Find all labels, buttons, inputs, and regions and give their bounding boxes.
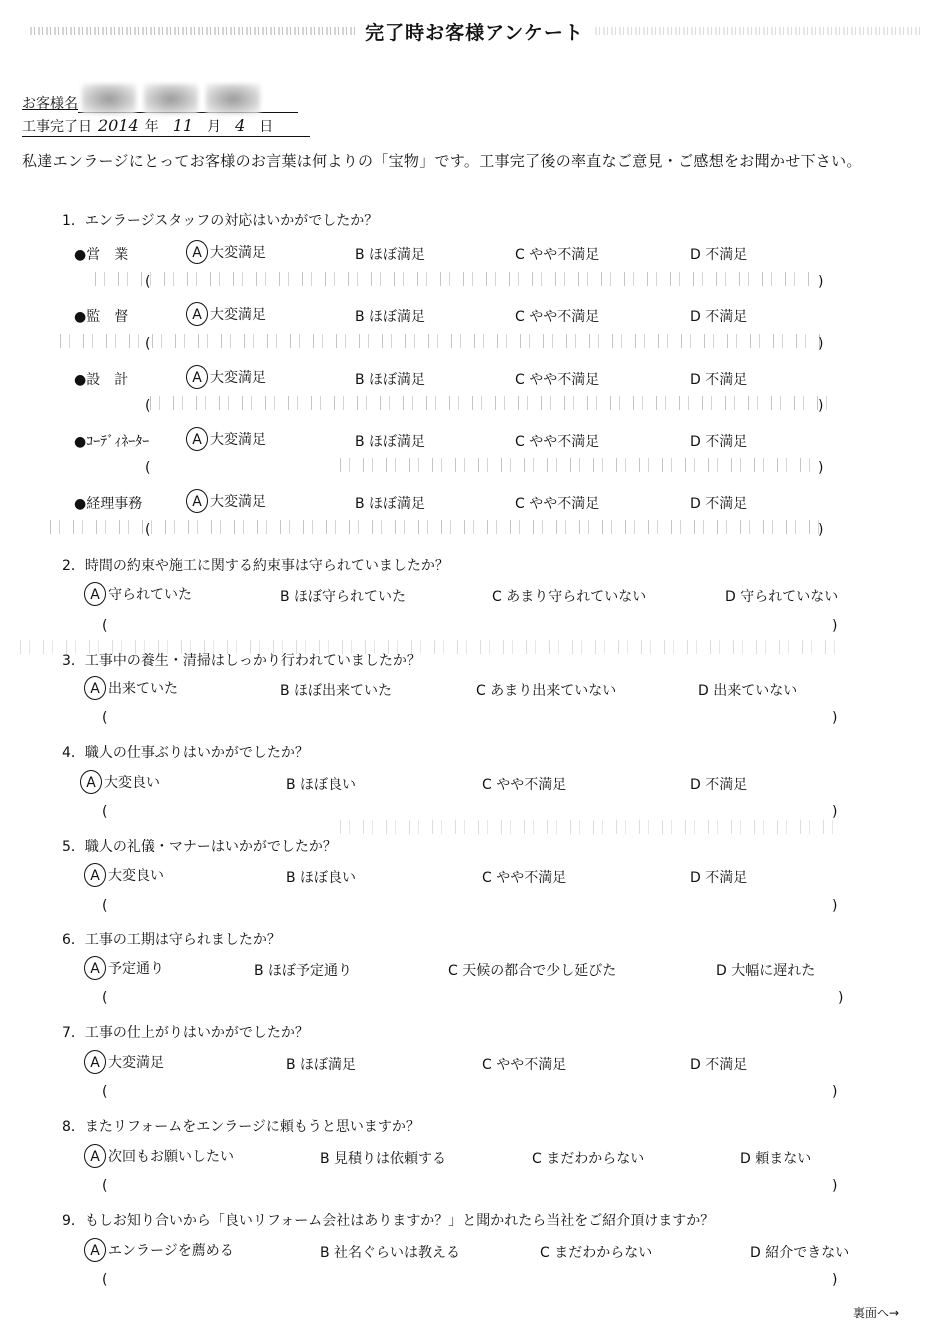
question-4: 4．職人の仕事ぶりはいかがでしたか？ — [62, 742, 309, 762]
option-a[interactable]: A大変満足 — [186, 427, 266, 451]
role-label: ●設 計 — [74, 369, 128, 389]
comment-close-paren: ) — [832, 1084, 837, 1100]
option-d[interactable]: D 不満足 — [690, 244, 747, 264]
completion-date-field: 工事完了日2014年11月4日 — [22, 116, 310, 137]
question-8: 8．またリフォームをエンラージに頼もうと思いますか？ — [62, 1116, 420, 1136]
q4-option-b[interactable]: B ほぼ良い — [286, 774, 356, 794]
q2-option-a[interactable]: A守られていた — [84, 582, 192, 606]
year-unit: 年 — [145, 119, 159, 135]
q7-option-d[interactable]: D 不満足 — [690, 1054, 747, 1074]
selected-circle: A — [84, 956, 106, 980]
selected-circle: A — [186, 302, 208, 326]
question-2: 2．時間の約束や施工に関する約束事は守られていましたか？ — [62, 555, 449, 575]
q8-option-c[interactable]: C まだわからない — [532, 1148, 644, 1168]
option-b[interactable]: B ほぼ満足 — [355, 369, 425, 389]
q5-option-a[interactable]: A大変良い — [84, 863, 164, 887]
q6-option-a[interactable]: A予定通り — [84, 956, 164, 980]
comment-close-paren: ) — [818, 398, 823, 414]
option-c[interactable]: C やや不満足 — [515, 431, 599, 451]
day-unit: 日 — [259, 119, 273, 135]
q4-option-a[interactable]: A大変良い — [80, 770, 160, 794]
comment-close-paren: ) — [832, 804, 837, 820]
customer-name-label: お客様名 — [22, 96, 78, 112]
comment-open-paren: ( — [145, 522, 150, 538]
completion-day: 4 — [221, 116, 259, 135]
selected-circle: A — [186, 240, 208, 264]
option-d[interactable]: D 不満足 — [690, 431, 747, 451]
option-c[interactable]: C やや不満足 — [515, 306, 599, 326]
selected-circle: A — [84, 1050, 106, 1074]
comment-close-paren: ) — [838, 990, 843, 1006]
comment-open-paren: ( — [102, 990, 107, 1006]
q9-option-c[interactable]: C まだわからない — [540, 1242, 652, 1262]
redacted-header-text — [595, 27, 920, 35]
option-c[interactable]: C やや不満足 — [515, 493, 599, 513]
q8-option-d[interactable]: D 頼まない — [740, 1148, 811, 1168]
intro-text: 私達エンラージにとってお客様のお言葉は何よりの「宝物」です。工事完了後の率直なご… — [22, 150, 862, 171]
q5-option-d[interactable]: D 不満足 — [690, 867, 747, 887]
comment-close-paren: ) — [818, 522, 823, 538]
option-d[interactable]: D 不満足 — [690, 306, 747, 326]
selected-circle: A — [186, 365, 208, 389]
option-a[interactable]: A大変満足 — [186, 302, 266, 326]
selected-circle: A — [84, 863, 106, 887]
q5-option-b[interactable]: B ほぼ良い — [286, 867, 356, 887]
month-unit: 月 — [207, 119, 221, 135]
role-label: ●営 業 — [74, 244, 128, 264]
q7-option-c[interactable]: C やや不満足 — [482, 1054, 566, 1074]
comment-close-paren: ) — [818, 460, 823, 476]
question-6: 6．工事の工期は守られましたか？ — [62, 929, 281, 949]
comment-open-paren: ( — [145, 460, 150, 476]
q7-option-b[interactable]: B ほぼ満足 — [286, 1054, 356, 1074]
selected-circle: A — [84, 1238, 106, 1262]
selected-circle: A — [186, 489, 208, 513]
redacted-name — [82, 84, 136, 114]
option-b[interactable]: B ほぼ満足 — [355, 244, 425, 264]
redacted-comment — [340, 458, 820, 472]
comment-open-paren: ( — [102, 618, 107, 634]
completion-date-label: 工事完了日 — [22, 119, 92, 135]
comment-open-paren: ( — [102, 898, 107, 914]
role-label: ●経理事務 — [74, 493, 142, 513]
comment-open-paren: ( — [102, 710, 107, 726]
comment-open-paren: ( — [145, 274, 150, 290]
option-a[interactable]: A大変満足 — [186, 489, 266, 513]
q3-option-d[interactable]: D 出来ていない — [698, 680, 797, 700]
q5-option-c[interactable]: C やや不満足 — [482, 867, 566, 887]
role-label: ●ｺｰﾃﾞｨﾈｰﾀｰ — [74, 431, 149, 451]
comment-open-paren: ( — [102, 1084, 107, 1100]
comment-close-paren: ) — [832, 710, 837, 726]
q6-option-d[interactable]: D 大幅に遅れた — [716, 960, 815, 980]
redacted-name — [144, 84, 198, 114]
comment-close-paren: ) — [832, 618, 837, 634]
q3-option-a[interactable]: A出来ていた — [84, 676, 178, 700]
option-c[interactable]: C やや不満足 — [515, 244, 599, 264]
next-page-link[interactable]: 裏面へ→ — [853, 1304, 899, 1321]
q3-option-c[interactable]: C あまり出来ていない — [476, 680, 616, 700]
selected-circle: A — [80, 770, 102, 794]
q8-option-b[interactable]: B 見積りは依頼する — [320, 1148, 446, 1168]
selected-circle: A — [186, 427, 208, 451]
q2-option-b[interactable]: B ほぼ守られていた — [280, 586, 406, 606]
option-b[interactable]: B ほぼ満足 — [355, 493, 425, 513]
selected-circle: A — [84, 582, 106, 606]
comment-close-paren: ) — [832, 1178, 837, 1194]
comment-open-paren: ( — [102, 1178, 107, 1194]
role-label: ●監 督 — [74, 306, 128, 326]
q6-option-b[interactable]: B ほぼ予定通り — [254, 960, 352, 980]
q9-option-a[interactable]: Aエンラージを薦める — [84, 1238, 234, 1262]
q6-option-c[interactable]: C 天候の都合で少し延びた — [448, 960, 616, 980]
selected-circle: A — [84, 676, 106, 700]
completion-month: 11 — [159, 116, 207, 135]
redacted-comment — [50, 520, 820, 534]
comment-open-paren: ( — [102, 1272, 107, 1288]
question-7: 7．工事の仕上がりはいかがでしたか？ — [62, 1022, 309, 1042]
q2-option-d[interactable]: D 守られていない — [725, 586, 838, 606]
q2-option-c[interactable]: C あまり守られていない — [492, 586, 646, 606]
question-1: 1．エンラージスタッフの対応はいかがでしたか？ — [62, 210, 378, 230]
option-c[interactable]: C やや不満足 — [515, 369, 599, 389]
redacted-comment — [150, 396, 830, 410]
q9-option-d[interactable]: D 紹介できない — [750, 1242, 849, 1262]
q4-option-c[interactable]: C やや不満足 — [482, 774, 566, 794]
comment-close-paren: ) — [832, 1272, 837, 1288]
q8-option-a[interactable]: A次回もお願いしたい — [84, 1144, 234, 1168]
comment-close-paren: ) — [818, 274, 823, 290]
option-b[interactable]: B ほぼ満足 — [355, 431, 425, 451]
question-9: 9．もしお知り合いから「良いリフォーム会社はありますか？」と聞かれたら当社をご紹… — [62, 1210, 714, 1230]
comment-close-paren: ) — [832, 898, 837, 914]
q3-option-b[interactable]: B ほぼ出来ていた — [280, 680, 392, 700]
q7-option-a[interactable]: A大変満足 — [84, 1050, 164, 1074]
comment-close-paren: ) — [818, 336, 823, 352]
redacted-comment — [60, 334, 820, 348]
comment-open-paren: ( — [145, 398, 150, 414]
option-d[interactable]: D 不満足 — [690, 369, 747, 389]
option-b[interactable]: B ほぼ満足 — [355, 306, 425, 326]
redacted-comment — [340, 820, 840, 834]
option-a[interactable]: A大変満足 — [186, 240, 266, 264]
option-d[interactable]: D 不満足 — [690, 493, 747, 513]
redacted-comment — [95, 272, 815, 286]
q9-option-b[interactable]: B 社名ぐらいは教える — [320, 1242, 460, 1262]
question-3: 3．工事中の養生・清掃はしっかり行われていましたか？ — [62, 650, 421, 670]
completion-year: 2014 — [92, 116, 145, 135]
q4-option-d[interactable]: D 不満足 — [690, 774, 747, 794]
customer-name-field: お客様名 — [22, 84, 298, 113]
redacted-name — [206, 84, 260, 114]
comment-open-paren: ( — [102, 804, 107, 820]
selected-circle: A — [84, 1144, 106, 1168]
option-a[interactable]: A大変満足 — [186, 365, 266, 389]
question-5: 5．職人の礼儀・マナーはいかがでしたか？ — [62, 836, 337, 856]
comment-open-paren: ( — [145, 336, 150, 352]
customer-name-value — [78, 84, 298, 113]
